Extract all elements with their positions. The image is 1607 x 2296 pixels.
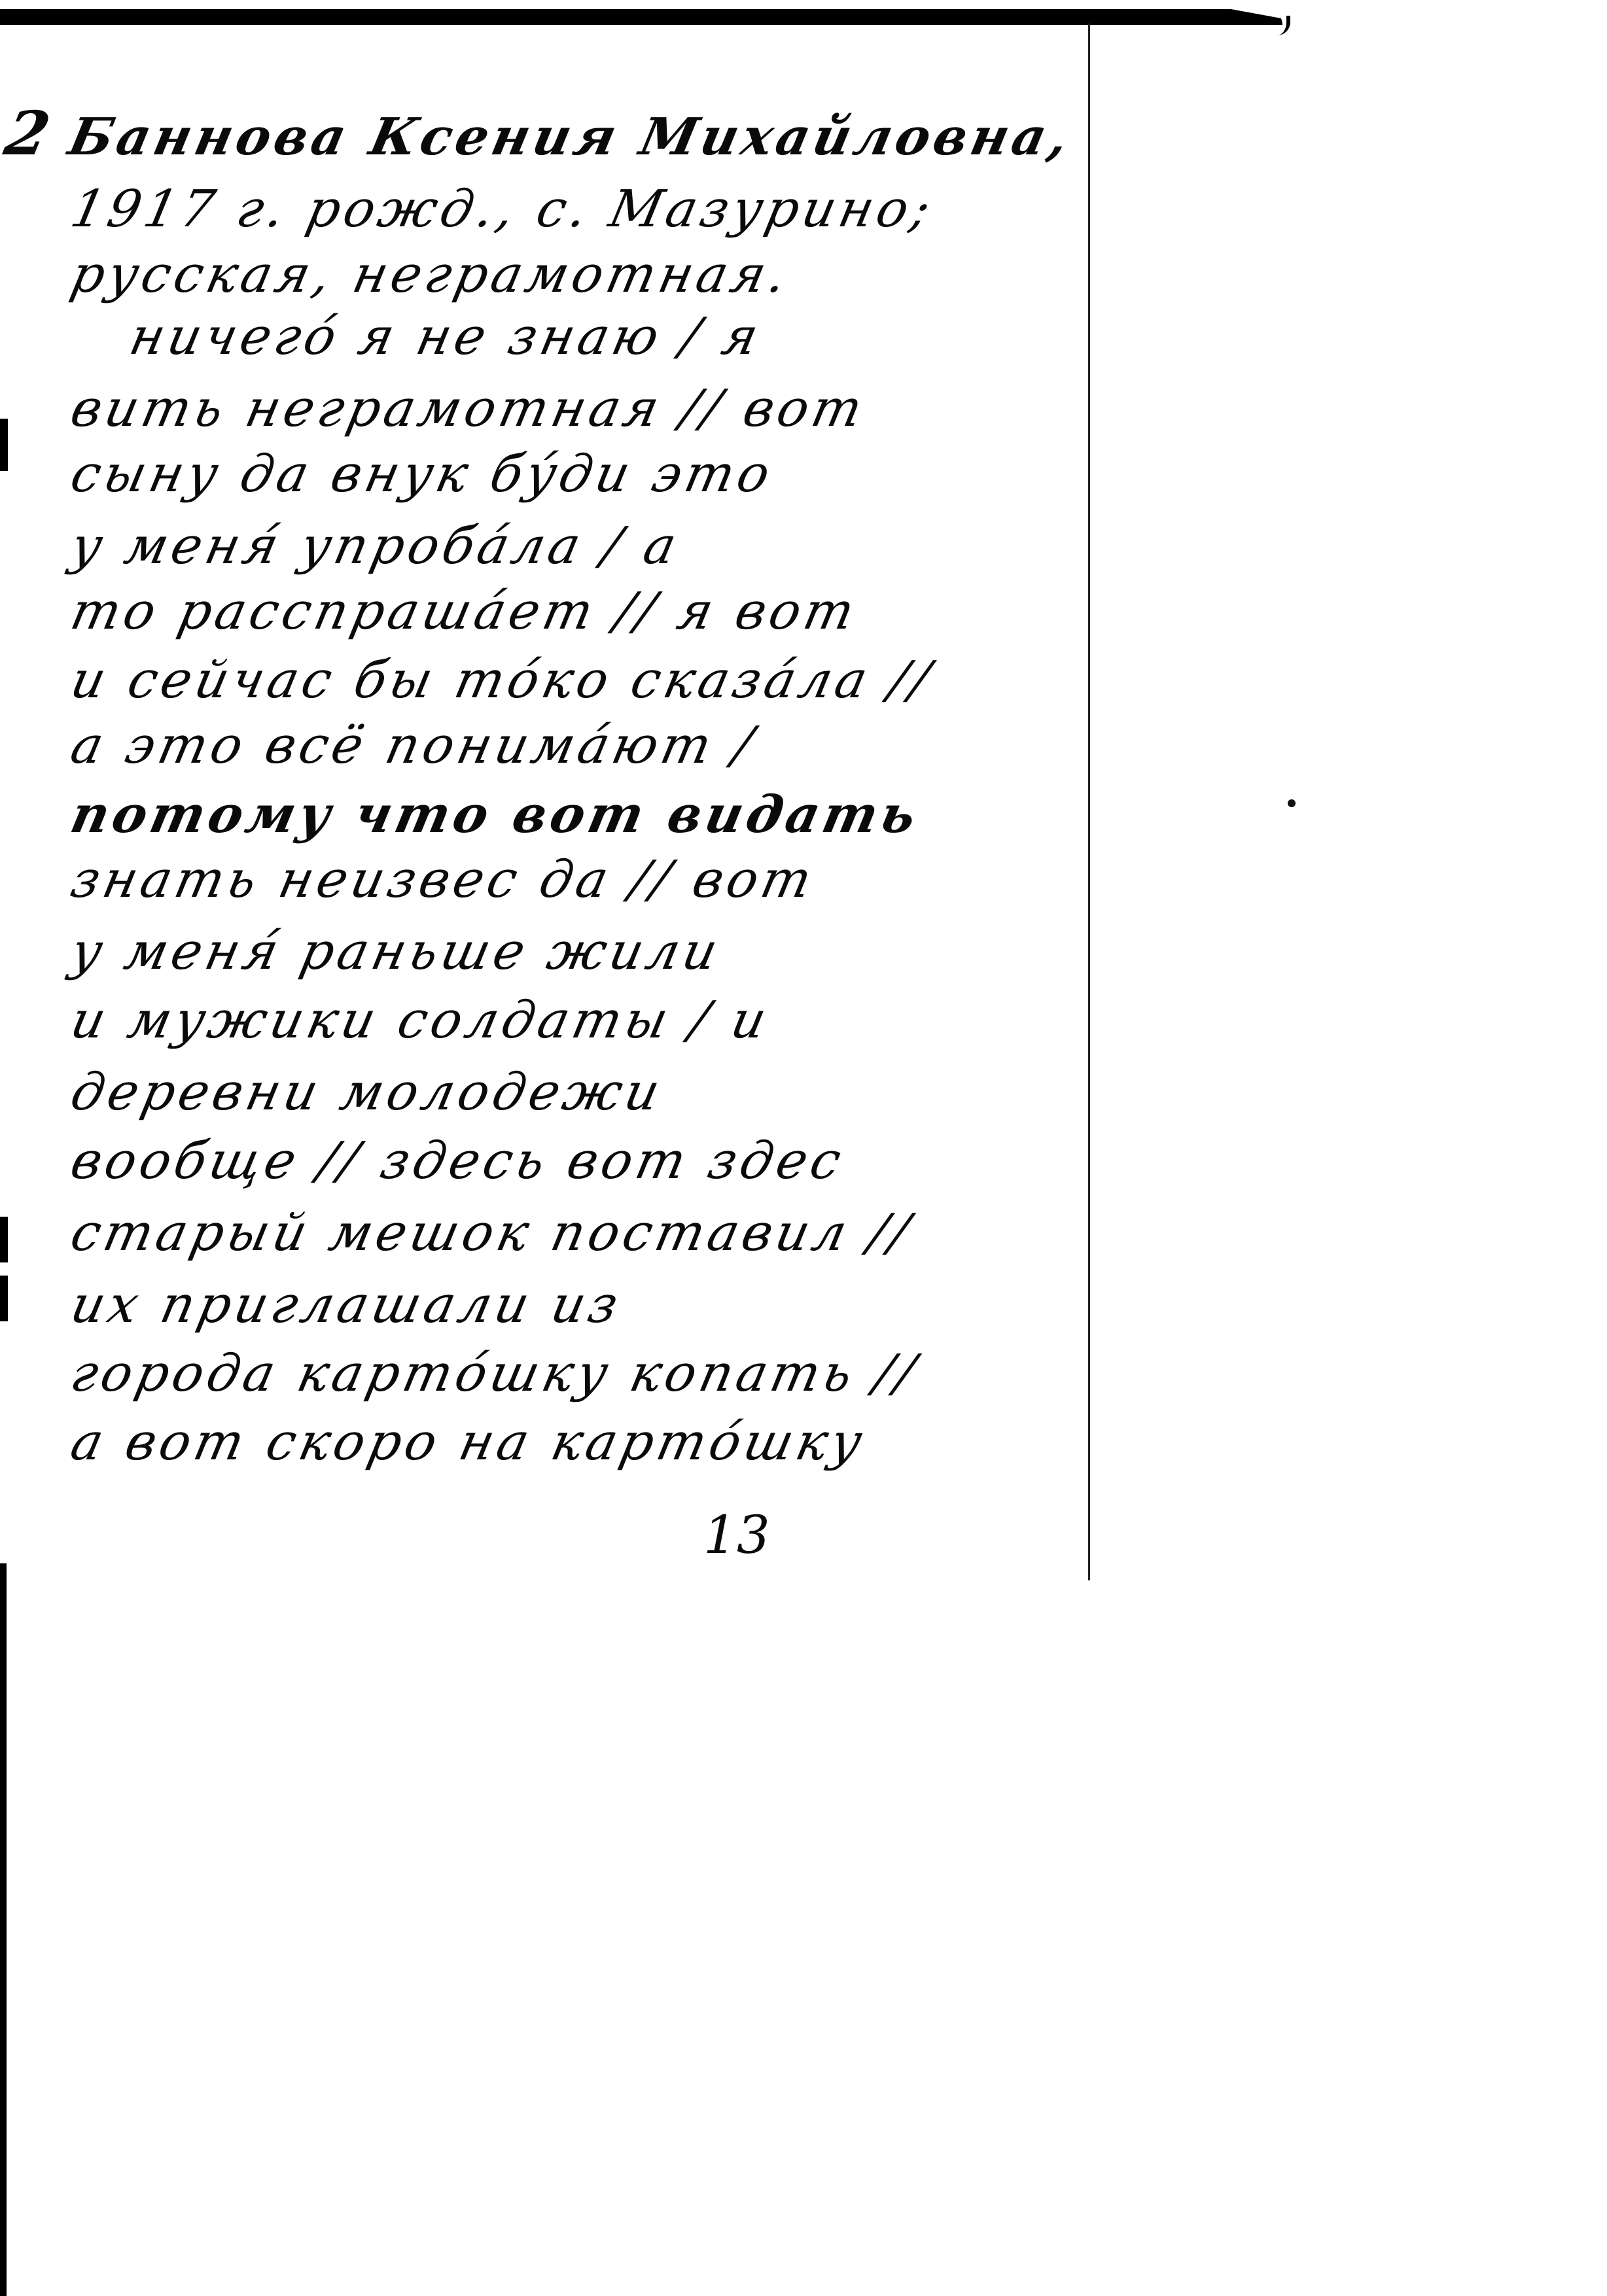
- entry-header-line-1: 2Баннова Ксения Михайловна,: [0, 98, 1080, 169]
- text-line: ничего́ я не знаю / я: [124, 307, 767, 366]
- text-line: и мужики солдаты / и: [65, 991, 775, 1050]
- left-edge-scan-mark: [0, 1563, 7, 2296]
- page-number: 13: [703, 1505, 770, 1565]
- right-margin-line: [1088, 24, 1090, 1580]
- text-line: а вот скоро на карто́шку: [65, 1413, 871, 1472]
- text-line: деревни молодежи: [65, 1063, 668, 1122]
- page-top-border-curl: [1276, 16, 1290, 35]
- left-edge-scan-mark: [0, 1276, 8, 1321]
- text-line: потому что вот видать: [65, 785, 925, 844]
- text-line: вообще // здесь вот здес: [65, 1132, 849, 1191]
- scan-speck: [1288, 799, 1296, 807]
- text-line: то расспраша́ет // я вот: [65, 582, 863, 641]
- text-line: старый мешок поставил //: [65, 1204, 918, 1262]
- text-line: а это всё понима́ют /: [65, 716, 762, 775]
- text-line: сыну да внук бу́ди это: [65, 445, 779, 504]
- scanned-manuscript-page: 2Баннова Ксения Михайловна, 1917 г. рожд…: [0, 0, 1607, 2296]
- page-top-border: [0, 9, 1282, 25]
- text-line: вить неграмотная // вот: [65, 379, 871, 438]
- entry-number: 2: [0, 98, 60, 169]
- text-line: у меня́ раньше жили: [65, 922, 726, 981]
- left-edge-scan-mark: [0, 1217, 8, 1262]
- entry-header-line-2: 1917 г. рожд., с. Мазурино;: [65, 180, 939, 239]
- entry-header-line-3: русская, неграмотная.: [65, 245, 795, 304]
- left-edge-scan-mark: [0, 419, 8, 471]
- text-line: у меня́ упроба́ла / а: [65, 517, 685, 576]
- text-line: города карто́шку копать //: [65, 1344, 924, 1403]
- text-line: их приглашали из: [65, 1276, 627, 1334]
- text-line: и сейчас бы то́ко сказа́ла //: [65, 651, 938, 710]
- text-line: знать неизвес да // вот: [65, 850, 821, 909]
